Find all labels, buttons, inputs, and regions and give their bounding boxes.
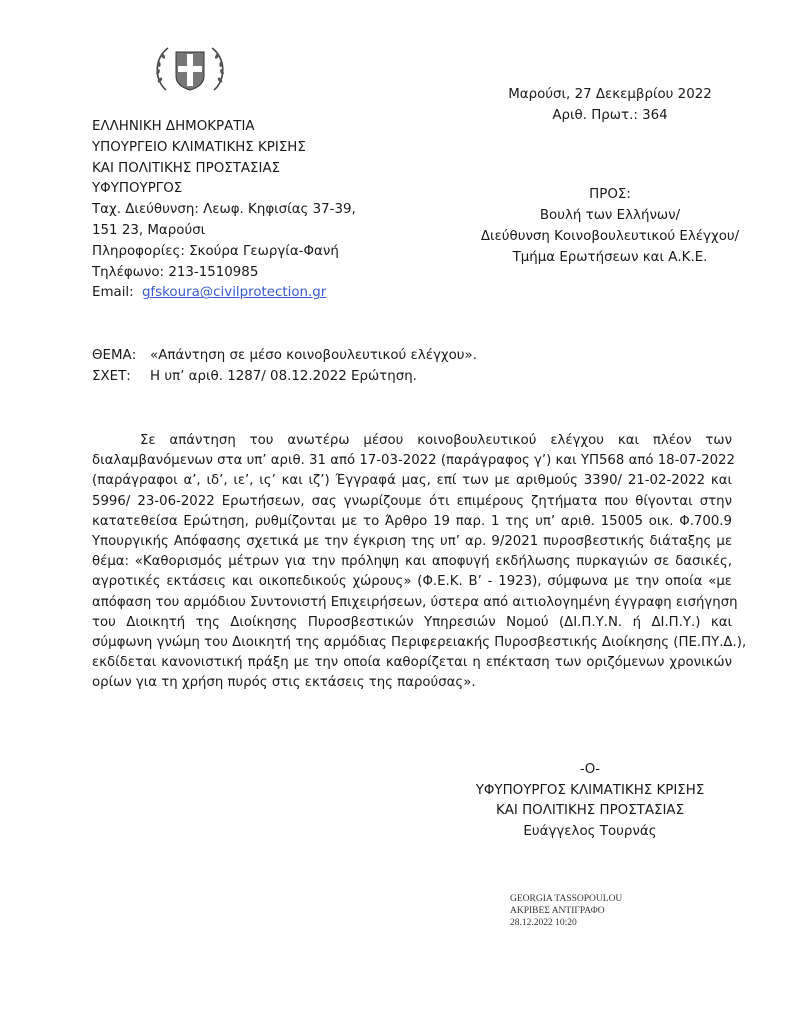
body-line: Υπουργικής Απόφασης σχετικά με την έγκρι… [92, 532, 732, 552]
recipient-line: Τμήμα Ερωτήσεων και Α.Κ.Ε. [460, 247, 760, 268]
body-line: αγροτικές εκτάσεις και οικοπεδικούς χώρο… [92, 572, 732, 592]
sender-line: ΕΛΛΗΝΙΚΗ ΔΗΜΟΚΡΑΤΙΑ [92, 117, 356, 138]
recipient-line: Διεύθυνση Κοινοβουλευτικού Ελέγχου/ [460, 226, 760, 247]
sender-address: Ταχ. Διεύθυνση: Λεωφ. Κηφισίας 37-39, [92, 200, 356, 221]
email-label: Email: [92, 285, 134, 300]
sender-contact: Πληροφορίες: Σκούρα Γεωργία-Φανή [92, 242, 356, 263]
sender-postcode: 151 23, Μαρούσι [92, 221, 356, 242]
body-line: του Διοικητή της Διοίκησης Πυροσβεστικών… [92, 613, 732, 633]
sender-line: ΥΦΥΠΟΥΡΓΟΣ [92, 179, 356, 200]
sender-line: ΚΑΙ ΠΟΛΙΤΙΚΗΣ ΠΡΟΣΤΑΣΙΑΣ [92, 159, 356, 180]
body-line: ορίων για τη χρήση πυρός στις εκτάσεις τ… [92, 673, 732, 693]
signature-mark: -Ο- [440, 760, 740, 781]
signatory-name: Ευάγγελος Τουρνάς [440, 822, 740, 843]
stamp-label: ΑΚΡΙΒΕΣ ΑΝΤΙΓΡΑΦΟ [510, 905, 622, 917]
document-date: Μαρούσι, 27 Δεκεμβρίου 2022 [470, 84, 750, 105]
signatory-title: ΚΑΙ ΠΟΛΙΤΙΚΗΣ ΠΡΟΣΤΑΣΙΑΣ [440, 801, 740, 822]
recipient-block: ΠΡΟΣ: Βουλή των Ελλήνων/ Διεύθυνση Κοινο… [460, 184, 760, 268]
reference-row: ΣΧΕΤ: Η υπ’ αριθ. 1287/ 08.12.2022 Ερώτη… [92, 366, 477, 387]
sender-block: ΕΛΛΗΝΙΚΗ ΔΗΜΟΚΡΑΤΙΑ ΥΠΟΥΡΓΕΙΟ ΚΛΙΜΑΤΙΚΗΣ… [92, 117, 356, 304]
reference-value: Η υπ’ αριθ. 1287/ 08.12.2022 Ερώτηση. [150, 366, 417, 387]
certified-copy-stamp: GEORGIA TASSOPOULOU ΑΚΡΙΒΕΣ ΑΝΤΙΓΡΑΦΟ 28… [510, 893, 622, 929]
stamp-name: GEORGIA TASSOPOULOU [510, 893, 622, 905]
email-link[interactable]: gfskoura@civilprotection.gr [142, 285, 326, 300]
body-line: 5996/ 23-06-2022 Ερωτήσεων, σας γνωρίζου… [92, 492, 732, 512]
body-line: Σε απάντηση του ανωτέρω μέσου κοινοβουλε… [92, 431, 732, 451]
subject-row: ΘΕΜΑ: «Απάντηση σε μέσο κοινοβουλευτικού… [92, 345, 477, 366]
body-line: εκδίδεται κανονιστική πράξη με την οποία… [92, 653, 732, 673]
date-block: Μαρούσι, 27 Δεκεμβρίου 2022 Αριθ. Πρωτ.:… [470, 84, 750, 126]
subject-value: «Απάντηση σε μέσο κοινοβουλευτικού ελέγχ… [150, 345, 477, 366]
subject-block: ΘΕΜΑ: «Απάντηση σε μέσο κοινοβουλευτικού… [92, 345, 477, 387]
body-line: απόφαση του αρμόδιου Συντονιστή Επιχειρή… [92, 593, 732, 613]
signatory-title: ΥΦΥΠΟΥΡΓΟΣ ΚΛΙΜΑΤΙΚΗΣ ΚΡΙΣΗΣ [440, 781, 740, 802]
reference-label: ΣΧΕΤ: [92, 366, 150, 387]
body-paragraph: Σε απάντηση του ανωτέρω μέσου κοινοβουλε… [92, 431, 732, 694]
protocol-number: Αριθ. Πρωτ.: 364 [470, 105, 750, 126]
body-line: θέμα: «Καθορισμός μέτρων για την πρόληψη… [92, 552, 732, 572]
body-line: κατατεθείσα Ερώτηση, ρυθμίζονται με το Ά… [92, 512, 732, 532]
signature-block: -Ο- ΥΦΥΠΟΥΡΓΟΣ ΚΛΙΜΑΤΙΚΗΣ ΚΡΙΣΗΣ ΚΑΙ ΠΟΛ… [440, 760, 740, 842]
body-line: (παράγραφοι α’, ιδ’, ιε’, ις’ και ιζ’) Έ… [92, 471, 732, 491]
sender-phone: Τηλέφωνο: 213-1510985 [92, 263, 356, 284]
sender-email-row: Email: gfskoura@civilprotection.gr [92, 283, 356, 304]
sender-line: ΥΠΟΥΡΓΕΙΟ ΚΛΙΜΑΤΙΚΗΣ ΚΡΙΣΗΣ [92, 138, 356, 159]
recipient-heading: ΠΡΟΣ: [460, 184, 760, 205]
subject-label: ΘΕΜΑ: [92, 345, 150, 366]
body-line: σύμφωνη γνώμη του Διοικητή της αρμόδιας … [92, 633, 732, 653]
greek-coat-of-arms-icon [150, 40, 230, 98]
stamp-timestamp: 28.12.2022 10:20 [510, 917, 622, 929]
recipient-line: Βουλή των Ελλήνων/ [460, 205, 760, 226]
body-line: διαλαμβανόμενων στα υπ’ αριθ. 31 από 17-… [92, 451, 732, 471]
